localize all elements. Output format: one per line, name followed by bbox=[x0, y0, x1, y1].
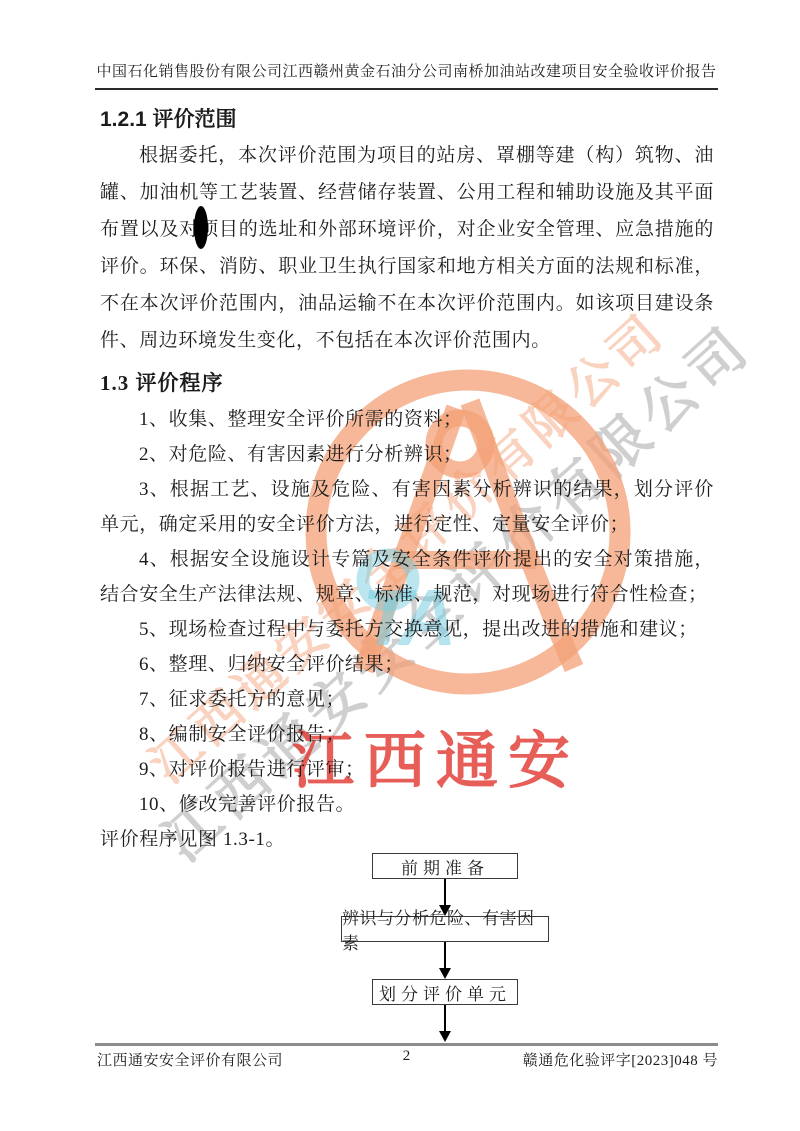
procedure-item: 10、修改完善评价报告。 bbox=[100, 787, 714, 822]
footer-rule bbox=[95, 1043, 718, 1046]
page-footer: 江西通安安全评价有限公司 2 赣通危化验评字[2023]048 号 bbox=[95, 1043, 718, 1069]
procedure-item: 5、现场检查过程中与委托方交换意见，提出改进的措施和建议； bbox=[100, 612, 714, 647]
ink-blot-artifact bbox=[194, 206, 208, 249]
page-header: 中国石化销售股份有限公司江西赣州黄金石油分公司南桥加油站改建项目安全验收评价报告 bbox=[95, 60, 718, 90]
scope-paragraph: 根据委托，本次评价范围为项目的站房、罩棚等建（构）筑物、油罐、加油机等工艺装置、… bbox=[100, 137, 714, 359]
procedure-item-list: 1、收集、整理安全评价所需的资料； 2、对危险、有害因素进行分析辨识； 3、根据… bbox=[100, 402, 714, 822]
section-heading-scope: 1.2.1 评价范围 bbox=[100, 103, 714, 133]
procedure-item: 4、根据安全设施设计专篇及安全条件评价提出的安全对策措施，结合安全生产法律法规、… bbox=[100, 542, 714, 612]
procedure-item: 3、根据工艺、设施及危险、有害因素分析辨识的结果，划分评价单元，确定采用的安全评… bbox=[100, 472, 714, 542]
procedure-item: 8、编制安全评价报告； bbox=[100, 717, 714, 752]
flow-arrow-down-icon bbox=[439, 1005, 451, 1042]
procedure-item: 7、征求委托方的意见； bbox=[100, 682, 714, 717]
section-heading-procedure: 1.3 评价程序 bbox=[100, 367, 714, 397]
procedure-item: 1、收集、整理安全评价所需的资料； bbox=[100, 402, 714, 437]
procedure-item: 9、对评价报告进行评审； bbox=[100, 752, 714, 787]
flow-step-box: 辨识与分析危险、有害因素 bbox=[341, 916, 549, 942]
figure-reference: 评价程序见图 1.3-1。 bbox=[100, 823, 714, 857]
header-title: 中国石化销售股份有限公司江西赣州黄金石油分公司南桥加油站改建项目安全验收评价报告 bbox=[95, 60, 718, 81]
report-page: 江西通安安全评价有限公司 江西通安安全评价有限公司 TA 江西通安 中国石化销售… bbox=[0, 0, 800, 1131]
flow-step-box: 前期准备 bbox=[372, 853, 518, 879]
flow-arrow-down-icon bbox=[439, 942, 451, 979]
document-body: 1.2.1 评价范围 根据委托，本次评价范围为项目的站房、罩棚等建（构）筑物、油… bbox=[100, 103, 714, 857]
flow-step-box: 划分评价单元 bbox=[372, 979, 518, 1005]
footer-doc-number: 赣通危化验评字[2023]048 号 bbox=[523, 1049, 718, 1070]
header-rule bbox=[95, 88, 718, 90]
procedure-item: 6、整理、归纳安全评价结果； bbox=[100, 647, 714, 682]
evaluation-flowchart: 前期准备 辨识与分析危险、有害因素 划分评价单元 bbox=[325, 853, 565, 1042]
procedure-item: 2、对危险、有害因素进行分析辨识； bbox=[100, 437, 714, 472]
